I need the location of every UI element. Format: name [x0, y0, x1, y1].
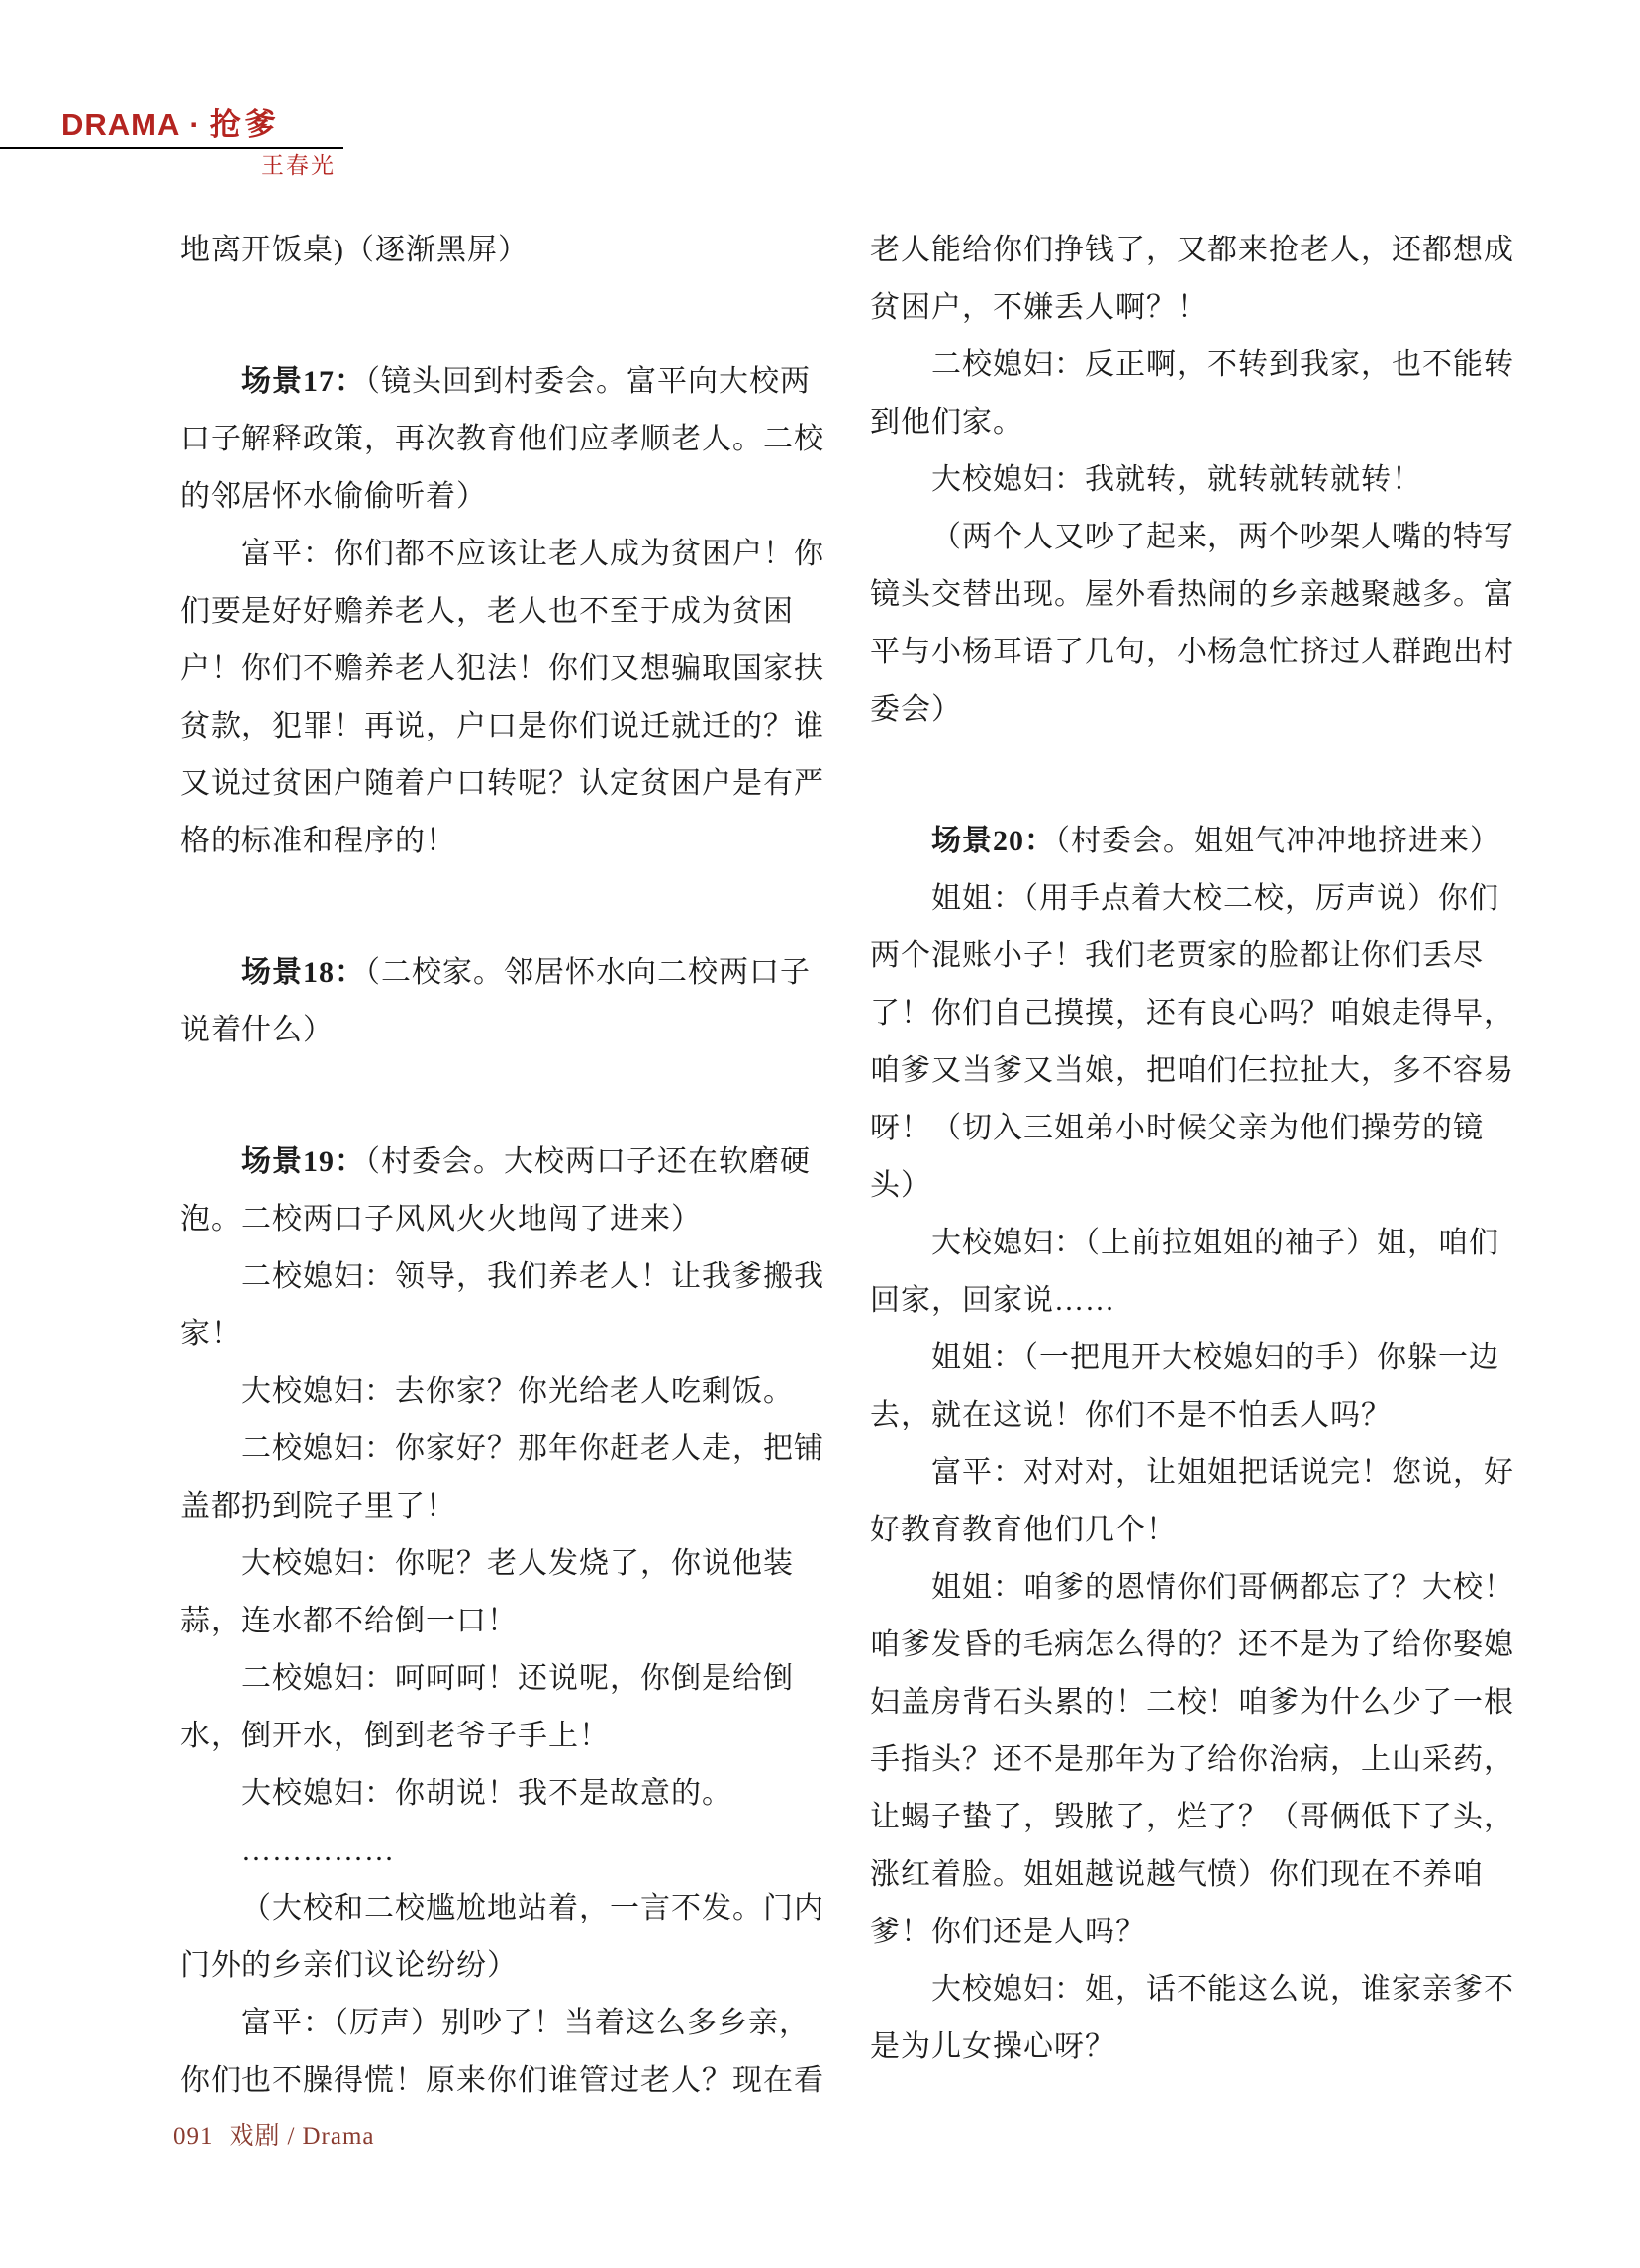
script-line: 地离开饭桌)（逐渐黑屏） [180, 222, 833, 279]
script-line: 两个混账小子！我们老贾家的脸都让你们丢尽 [870, 928, 1535, 985]
script-line: 富平：（厉声）别吵了！当着这么多乡亲， [180, 1995, 833, 2052]
script-line: 说着什么） [180, 1002, 833, 1059]
script-line: 平与小杨耳语了几句，小杨急忙挤过人群跑出村 [870, 624, 1535, 681]
footer-section-cn: 戏剧 [230, 2123, 281, 2150]
masthead: DRAMA·抢爹 [61, 107, 281, 143]
script-line: 大校媳妇：你呢？老人发烧了，你说他装 [180, 1535, 833, 1593]
script-line: （两个人又吵了起来，两个吵架人嘴的特写 [870, 509, 1535, 566]
script-line: 是为儿女操心呀？ [870, 2019, 1535, 2076]
script-line: 格的标准和程序的！ [180, 813, 833, 870]
script-line: 户！你们不赡养老人犯法！你们又想骗取国家扶 [180, 641, 833, 698]
script-line: （大校和二校尴尬地站着，一言不发。门内 [180, 1880, 833, 1937]
script-line: 大校媳妇：你胡说！我不是故意的。 [180, 1765, 833, 1823]
drama-title: 抢爹 [210, 107, 281, 142]
script-line: 咱爹发昏的毛病怎么得的？还不是为了给你娶媳 [870, 1617, 1535, 1674]
script-line: 二校媳妇：你家好？那年你赶老人走，把铺 [180, 1421, 833, 1478]
scene-heading-line: 场景18：（二校家。邻居怀水向二校两口子 [180, 944, 833, 1002]
script-line: 老人能给你们挣钱了，又都来抢老人，还都想成 [870, 222, 1535, 279]
script-line: 们要是好好赡养老人，老人也不至于成为贫困 [180, 583, 833, 641]
script-column-left: 地离开饭桌)（逐渐黑屏）场景17：（镜头回到村委会。富平向大校两口子解释政策，再… [180, 222, 833, 2110]
script-line: 咱爹又当爹又当娘，把咱们仨拉扯大，多不容易 [870, 1042, 1535, 1100]
script-line: 大校媳妇：姐，话不能这么说，谁家亲爹不 [870, 1961, 1535, 2019]
script-line: …………… [180, 1823, 833, 1880]
footer-section-en: Drama [302, 2123, 374, 2150]
script-line: 富平：对对对，让姐姐把话说完！您说，好 [870, 1444, 1535, 1502]
script-line: 盖都扔到院子里了！ [180, 1478, 833, 1535]
script-line: 头） [870, 1157, 1535, 1215]
script-line: 又说过贫困户随着户口转呢？认定贫困户是有严 [180, 755, 833, 813]
script-line: 去，就在这说！你们不是不怕丢人吗？ [870, 1387, 1535, 1444]
magazine-script-page: DRAMA·抢爹 王春光 地离开饭桌)（逐渐黑屏）场景17：（镜头回到村委会。富… [0, 0, 1640, 2268]
script-line: 爹！你们还是人吗？ [870, 1904, 1535, 1961]
script-line: 大校媳妇：（上前拉姐姐的袖子）姐，咱们 [870, 1215, 1535, 1272]
footer-divider: / [288, 2123, 296, 2150]
scene-heading-line: 场景19：（村委会。大校两口子还在软磨硬 [180, 1134, 833, 1191]
magazine-name: DRAMA [61, 107, 180, 142]
script-line: 贫款，犯罪！再说，户口是你们说迁就迁的？谁 [180, 698, 833, 755]
script-line: 委会） [870, 681, 1535, 739]
script-line: 富平：你们都不应该让老人成为贫困户！你 [180, 526, 833, 583]
script-line: 你们也不臊得慌！原来你们谁管过老人？现在看 [180, 2052, 833, 2110]
script-line: 口子解释政策，再次教育他们应孝顺老人。二校 [180, 411, 833, 468]
script-line: 镜头交替出现。屋外看热闹的乡亲越聚越多。富 [870, 566, 1535, 624]
page-number: 091 [173, 2123, 214, 2150]
script-line: 蒜，连水都不给倒一口！ [180, 1593, 833, 1650]
script-line: 涨红着脸。姐姐越说越气愤）你们现在不养咱 [870, 1846, 1535, 1904]
author-name: 王春光 [261, 151, 336, 181]
script-line: 二校媳妇：反正啊，不转到我家，也不能转 [870, 337, 1535, 394]
scene-heading-line: 场景17：（镜头回到村委会。富平向大校两 [180, 353, 833, 411]
script-line: 了！你们自己摸摸，还有良心吗？咱娘走得早， [870, 985, 1535, 1042]
script-line: 大校媳妇：去你家？你光给老人吃剩饭。 [180, 1363, 833, 1421]
section-gap [870, 739, 1535, 813]
script-line: 手指头？还不是那年为了给你治病，上山采药， [870, 1731, 1535, 1789]
script-line: 让蝎子蛰了，毁脓了，烂了？（哥俩低下了头， [870, 1789, 1535, 1846]
script-line: 呀！（切入三姐弟小时候父亲为他们操劳的镜 [870, 1100, 1535, 1157]
scene-heading-line: 场景20：（村委会。姐姐气冲冲地挤进来） [870, 813, 1535, 870]
section-gap [180, 279, 833, 353]
masthead-dot: · [189, 107, 200, 142]
script-line: 二校媳妇：呵呵呵！还说呢，你倒是给倒 [180, 1650, 833, 1708]
script-line: 姐姐：咱爹的恩情你们哥俩都忘了？大校！ [870, 1559, 1535, 1617]
page-footer: 091戏剧/Drama [173, 2120, 375, 2154]
script-line: 贫困户，不嫌丢人啊？！ [870, 279, 1535, 337]
script-line: 水，倒开水，倒到老爷子手上！ [180, 1708, 833, 1765]
section-gap [180, 1059, 833, 1134]
script-line: 回家，回家说…… [870, 1272, 1535, 1330]
script-line: 好教育教育他们几个！ [870, 1502, 1535, 1559]
script-line: 姐姐：（一把甩开大校媳妇的手）你躲一边 [870, 1330, 1535, 1387]
script-line: 泡。二校两口子风风火火地闯了进来） [180, 1191, 833, 1248]
script-line: 家！ [180, 1306, 833, 1363]
script-column-right: 老人能给你们挣钱了，又都来抢老人，还都想成贫困户，不嫌丢人啊？！二校媳妇：反正啊… [870, 222, 1535, 2076]
script-line: 姐姐：（用手点着大校二校，厉声说）你们 [870, 870, 1535, 928]
header-rule [0, 147, 343, 149]
script-line: 妇盖房背石头累的！二校！咱爹为什么少了一根 [870, 1674, 1535, 1731]
script-line: 到他们家。 [870, 394, 1535, 451]
script-line: 门外的乡亲们议论纷纷） [180, 1937, 833, 1995]
section-gap [180, 870, 833, 944]
script-line: 大校媳妇：我就转，就转就转就转！ [870, 451, 1535, 509]
script-line: 的邻居怀水偷偷听着） [180, 468, 833, 526]
script-line: 二校媳妇：领导，我们养老人！让我爹搬我 [180, 1248, 833, 1306]
